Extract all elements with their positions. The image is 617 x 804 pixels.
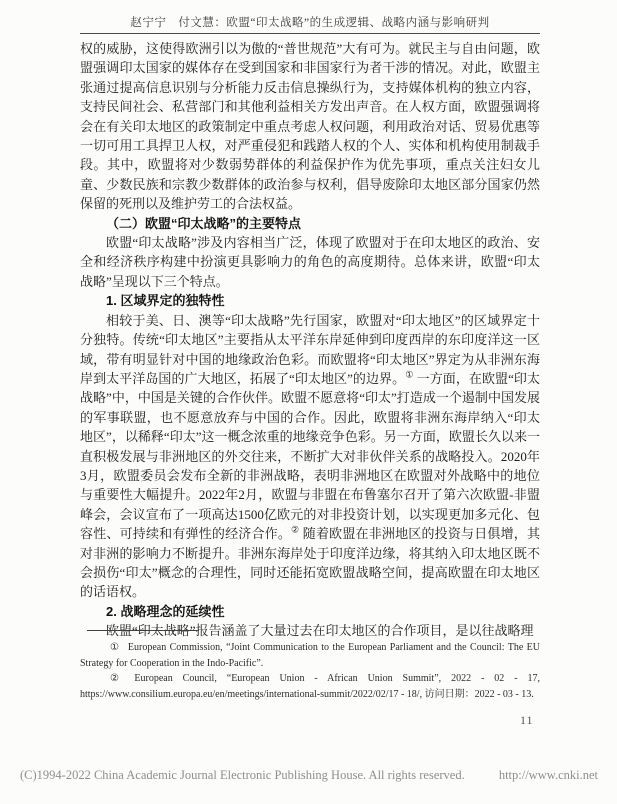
- section-heading: 1. 区域界定的独特性: [80, 291, 540, 310]
- article-body: 权的威胁，这使得欧洲引以为傲的“普世规范”大有可为。就民主与自由问题，欧盟强调印…: [80, 39, 540, 641]
- body-paragraph: 欧盟“印太战略”涉及内容相当广泛，体现了欧盟对于在印太地区的政治、安全和经济秩序…: [80, 233, 540, 291]
- copyright-footer: (C)1994-2022 China Academic Journal Elec…: [20, 768, 598, 783]
- footnote-separator: [87, 630, 199, 631]
- body-paragraph: 权的威胁，这使得欧洲引以为傲的“普世规范”大有可为。就民主与自由问题，欧盟强调印…: [80, 39, 540, 214]
- footnote-marker: ①: [110, 642, 120, 653]
- copyright-text: (C)1994-2022 China Academic Journal Elec…: [20, 768, 465, 783]
- footnote-ref: ②: [291, 525, 299, 535]
- document-page: 赵宁宁 付文慧：欧盟“印太战略”的生成逻辑、战略内涵与影响研判 权的威胁，这使得…: [0, 0, 617, 804]
- footnote-item: ①European Commission, “Joint Communicati…: [80, 640, 540, 671]
- footnote-ref: ①: [405, 370, 413, 380]
- footnote-marker: ②: [110, 673, 126, 684]
- running-header: 赵宁宁 付文慧：欧盟“印太战略”的生成逻辑、战略内涵与影响研判: [80, 14, 540, 30]
- body-paragraph: 相较于美、日、澳等“印太战略”先行国家，欧盟对“印太地区”的区域界定十分独特。传…: [80, 311, 540, 602]
- header-rule: [80, 33, 540, 34]
- page-number: 11: [520, 713, 534, 728]
- footnote-item: ②European Council, “European Union - Afr…: [80, 671, 540, 702]
- cnki-link[interactable]: http://www.cnki.net: [499, 768, 598, 783]
- section-heading: （二）欧盟“印太战略”的主要特点: [80, 214, 540, 233]
- section-heading: 2. 战略理念的延续性: [80, 602, 540, 621]
- footnotes: ①European Commission, “Joint Communicati…: [80, 640, 540, 702]
